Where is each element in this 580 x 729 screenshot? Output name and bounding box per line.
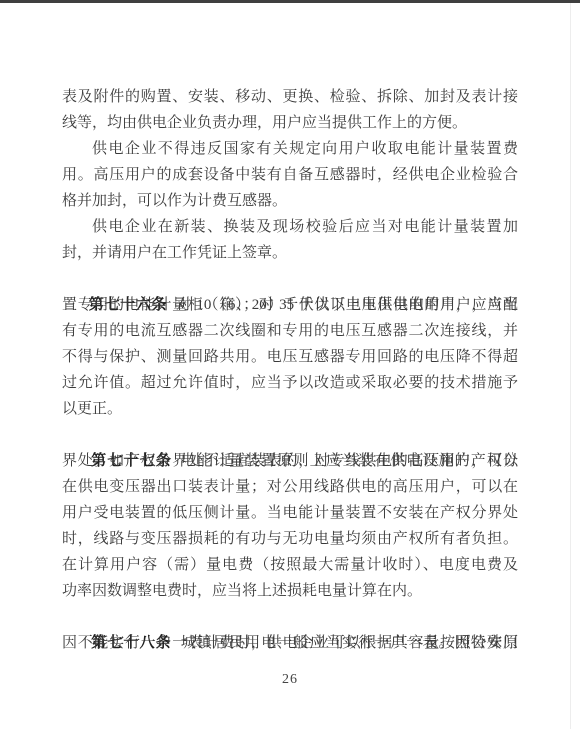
text-line: 用户受电装置的低压侧计量。当电能计量装置不安装在产权分界处 <box>62 500 518 526</box>
text-line: 以更正。 <box>62 396 518 422</box>
text-line: 供电企业在新装、换装及现场校验后应当对电能计量装置加 <box>62 214 518 240</box>
text-line: 置专用的电能计量柜（箱）；对 35 千伏以上电压供电的用户，应当 <box>62 292 518 318</box>
text-line: 功率因数调整电费时，应当将上述损耗电量计算在内。 <box>62 578 518 604</box>
text-line: 格并加封，可以作为计费互感器。 <box>62 188 518 214</box>
text-line: 有专用的电流互感器二次线圈和专用的电压互感器二次连接线，并 <box>62 318 518 344</box>
text-line-article-76: 第七十六条对 10（6、20）千伏以下电压供电的用户，应当配 <box>62 266 518 292</box>
text-line: 表及附件的购置、安装、移动、更换、检验、拆除、加封及表计接 <box>62 84 518 110</box>
document-page: 表及附件的购置、安装、移动、更换、检验、拆除、加封及表计接 线等，均由供电企业负… <box>0 0 580 729</box>
document-text: 表及附件的购置、安装、移动、更换、检验、拆除、加封及表计接 线等，均由供电企业负… <box>62 84 518 656</box>
text-line: 在供电变压器出口装表计量；对公用线路供电的高压用户，可以在 <box>62 474 518 500</box>
page-number: 26 <box>0 672 580 688</box>
text-line: 界处。如产权分界处不适宜装表的，对专线供电的高压用户，可以 <box>62 448 518 474</box>
page-top-edge <box>0 0 580 3</box>
text-line: 封，并请用户在工作凭证上签章。 <box>62 240 518 266</box>
text-line: 时，线路与变压器损耗的有功与无功电量均须由产权所有者负担。 <box>62 526 518 552</box>
text-line: 线等，均由供电企业负责办理，用户应当提供工作上的方便。 <box>62 110 518 136</box>
text-line: 用。高压用户的成套设备中装有自备互感器时，经供电企业检验合 <box>62 162 518 188</box>
text-line: 在计算用户容（需）量电费（按照最大需量计收时）、电度电费及 <box>62 552 518 578</box>
text-line-article-78: 第七十八条城镇居民用电一般应当实行一户一表。因特殊原 <box>62 604 518 630</box>
text-line-article-77: 第七十七条电能计量装置原则上应当装在供电设施的产权分 <box>62 422 518 448</box>
text-line: 过允许值。超过允许值时，应当予以改造或采取必要的技术措施予 <box>62 370 518 396</box>
page-right-edge <box>570 3 571 729</box>
text-line: 因不能实行一户一表计费时，供电企业可以根据其容量按照公安门 <box>62 630 518 656</box>
text-line: 不得与保护、测量回路共用。电压互感器专用回路的电压降不得超 <box>62 344 518 370</box>
text-line: 供电企业不得违反国家有关规定向用户收取电能计量装置费 <box>62 136 518 162</box>
